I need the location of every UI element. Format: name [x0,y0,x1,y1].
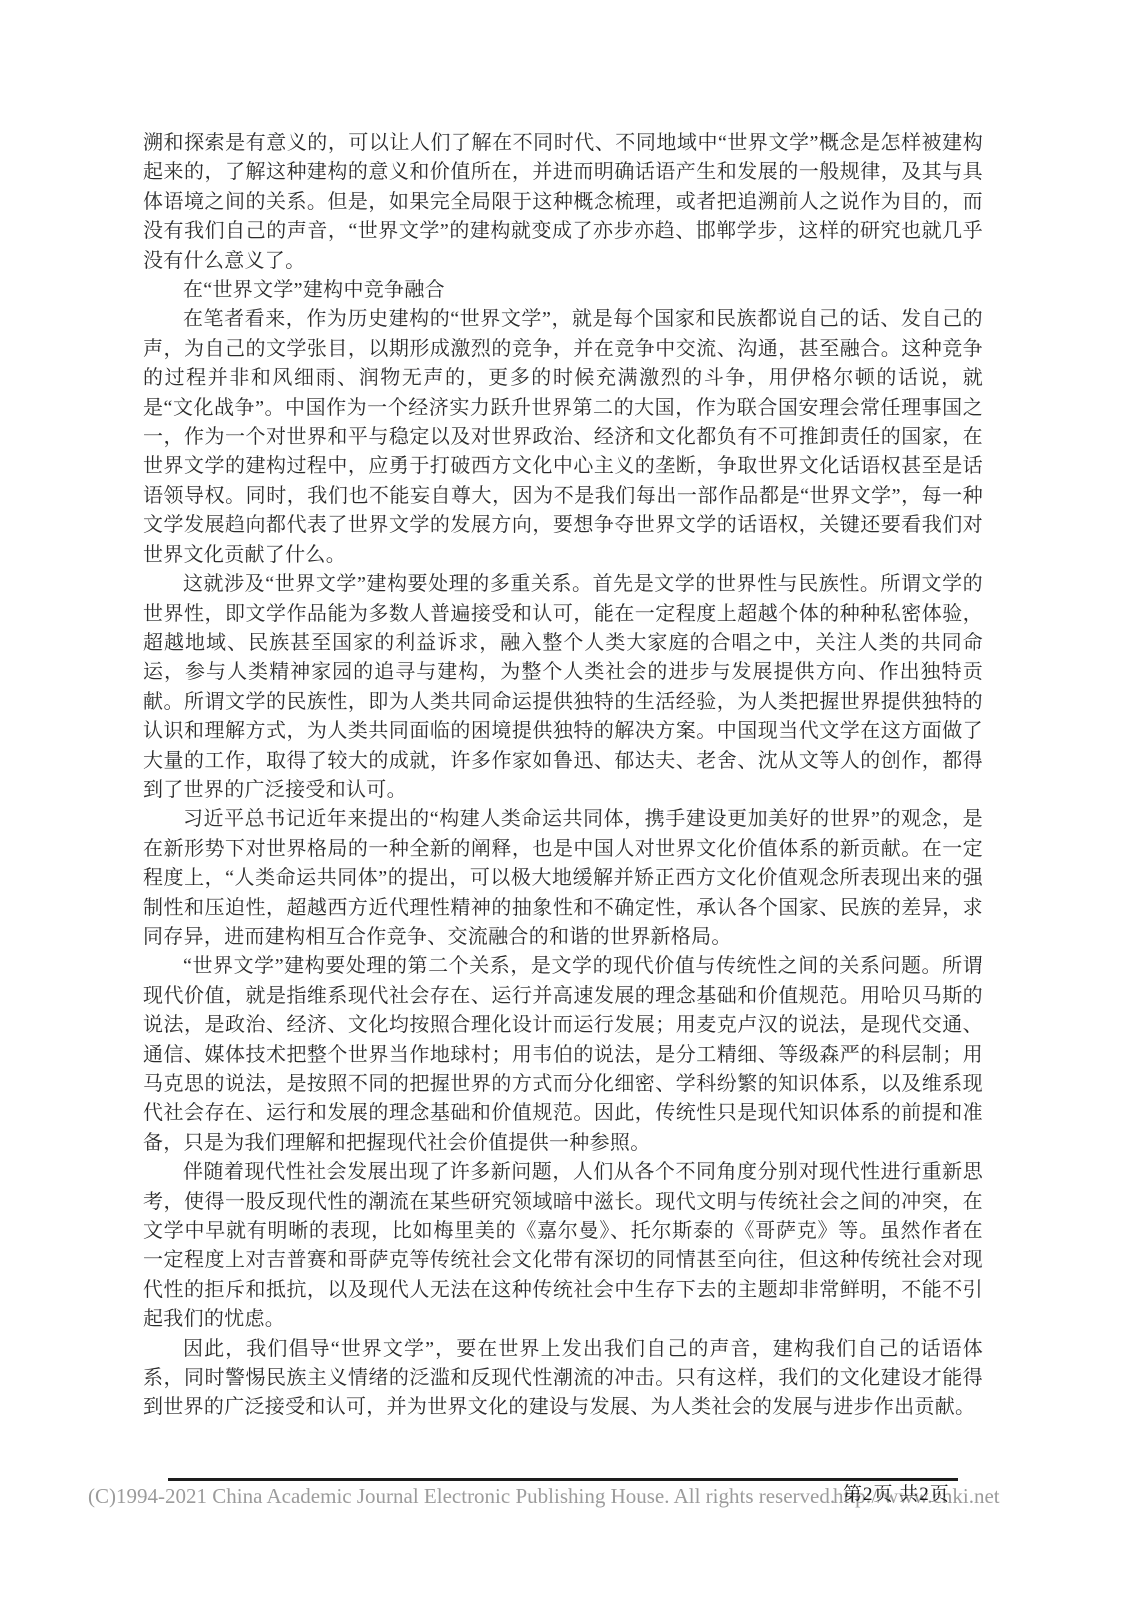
paragraph: 这就涉及“世界文学”建构要处理的多重关系。首先是文学的世界性与民族性。所谓文学的… [143,570,983,805]
paragraph-continuation: 溯和探索是有意义的，可以让人们了解在不同时代、不同地域中“世界文学”概念是怎样被… [143,129,983,276]
paragraph: 伴随着现代性社会发展出现了许多新问题，人们从各个不同角度分别对现代性进行重新思考… [143,1158,983,1334]
footer-copyright-text: (C)1994-2021 China Academic Journal Elec… [88,1484,835,1509]
page-number-indicator: 第2页 共2页 [843,1479,950,1506]
paragraph: 习近平总书记近年来提出的“构建人类命运共同体，携手建设更加美好的世界”的观念，是… [143,805,983,952]
footer-divider-rule [168,1478,958,1481]
paragraph: “世界文学”建构要处理的第二个关系，是文学的现代价值与传统性之间的关系问题。所谓… [143,952,983,1158]
document-page: 溯和探索是有意义的，可以让人们了解在不同时代、不同地域中“世界文学”概念是怎样被… [0,0,1130,1600]
paragraph: 因此，我们倡导“世界文学”，要在世界上发出我们自己的声音，建构我们自己的话语体系… [143,1335,983,1423]
paragraph: 在笔者看来，作为历史建构的“世界文学”，就是每个国家和民族都说自己的话、发自己的… [143,305,983,570]
section-heading: 在“世界文学”建构中竞争融合 [143,276,983,305]
article-body: 溯和探索是有意义的，可以让人们了解在不同时代、不同地域中“世界文学”概念是怎样被… [143,129,983,1423]
